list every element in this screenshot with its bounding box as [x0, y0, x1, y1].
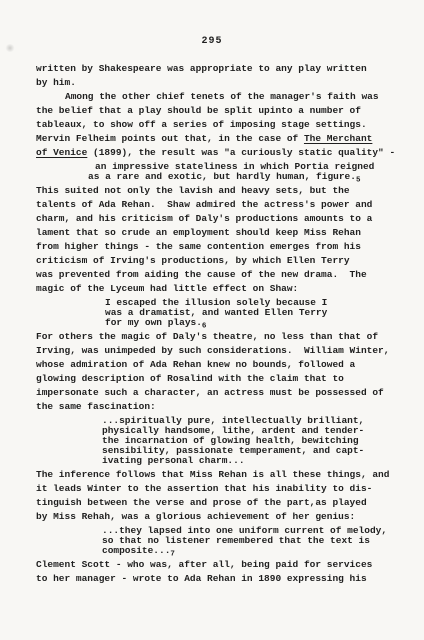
text-segment: Irving, was unimpeded by such considerat… [36, 345, 389, 356]
text-line: This suited not only the lavish and heav… [36, 184, 414, 198]
text-segment: impersonate such a character, an actress… [36, 387, 384, 398]
text-segment: Clement Scott - who was, after all, bein… [36, 559, 372, 570]
text-segment: for my own plays. [105, 317, 202, 328]
text-segment: to her manager - wrote to Ada Rehan in 1… [36, 573, 367, 584]
text-segment: from higher things - the same contention… [36, 241, 361, 252]
text-line: tinguish between the verse and prose of … [36, 496, 414, 510]
text-line: impersonate such a character, an actress… [36, 386, 414, 400]
text-segment: the same fascination: [36, 401, 156, 412]
scanned-page: 295 written by Shakespeare was appropria… [0, 0, 424, 640]
text-line: tableaux, to show off a series of imposi… [36, 118, 414, 132]
page-number: 295 [0, 36, 424, 47]
text-segment: charm, and his criticism of Daly's produ… [36, 213, 372, 224]
text-segment: tinguish between the verse and prose of … [36, 497, 367, 508]
text-segment: written by Shakespeare was appropriate t… [36, 63, 367, 74]
text-segment: was prevented from aiding the cause of t… [36, 269, 367, 280]
text-line: by him. [36, 76, 414, 90]
text-line: criticism of Irving's productions, by wh… [36, 254, 414, 268]
text-segment: Mervin Felheim points out that, in the c… [36, 133, 304, 144]
text-line: by Miss Rehah, was a glorious achievemen… [36, 510, 414, 524]
text-line: magic of the Lyceum had little effect on… [36, 282, 414, 296]
text-segment: lament that so crude an employment shoul… [36, 227, 361, 238]
underlined-title: The Merchant [304, 133, 372, 144]
text-segment: For others the magic of Daly's theatre, … [36, 331, 378, 342]
text-line: written by Shakespeare was appropriate t… [36, 62, 414, 76]
text-segment: whose admiration of Ada Rehan knew no bo… [36, 359, 355, 370]
text-segment: Among the other chief tenets of the mana… [65, 91, 379, 102]
text-segment: tableaux, to show off a series of imposi… [36, 119, 367, 130]
text-line: Among the other chief tenets of the mana… [36, 90, 414, 104]
quote-line: as a rare and exotic, but hardly human, … [36, 172, 414, 182]
text-line: The inference follows that Miss Rehan is… [36, 468, 414, 482]
text-line: the same fascination: [36, 400, 414, 414]
text-segment: by him. [36, 77, 76, 88]
text-line: For others the magic of Daly's theatre, … [36, 330, 414, 344]
text-segment: This suited not only the lavish and heav… [36, 185, 350, 196]
text-block: written by Shakespeare was appropriate t… [36, 62, 414, 586]
text-line: charm, and his criticism of Daly's produ… [36, 212, 414, 226]
text-line: from higher things - the same contention… [36, 240, 414, 254]
text-segment: composite... [102, 545, 170, 556]
text-line: Clement Scott - who was, after all, bein… [36, 558, 414, 572]
underlined-title: of Venice [36, 147, 87, 158]
text-segment: magic of the Lyceum had little effect on… [36, 283, 298, 294]
text-segment: talents of Ada Rehan. Shaw admired the a… [36, 199, 372, 210]
text-segment: the belief that a play should be split u… [36, 105, 361, 116]
text-segment: it leads Winter to the assertion that hi… [36, 483, 372, 494]
text-line: was prevented from aiding the cause of t… [36, 268, 414, 282]
text-segment: glowing description of Rosalind with the… [36, 373, 344, 384]
text-segment: criticism of Irving's productions, by wh… [36, 255, 350, 266]
text-line: glowing description of Rosalind with the… [36, 372, 414, 386]
text-line: lament that so crude an employment shoul… [36, 226, 414, 240]
text-line: Irving, was unimpeded by such considerat… [36, 344, 414, 358]
text-line: Mervin Felheim points out that, in the c… [36, 132, 414, 146]
text-segment: by Miss Rehah, was a glorious achievemen… [36, 511, 355, 522]
text-segment: The inference follows that Miss Rehan is… [36, 469, 389, 480]
quote-line: for my own plays.6 [36, 318, 414, 328]
text-line: talents of Ada Rehan. Shaw admired the a… [36, 198, 414, 212]
text-line: to her manager - wrote to Ada Rehan in 1… [36, 572, 414, 586]
text-line: of Venice (1899), the result was "a curi… [36, 146, 414, 160]
quote-line: so that no listener remembered that the … [36, 536, 414, 546]
quote-line: ivating personal charm... [36, 456, 414, 466]
text-segment: as a rare and exotic, but hardly human, … [88, 171, 356, 182]
quote-line: composite...7 [36, 546, 414, 556]
text-segment: (1899), the result was "a curiously stat… [87, 147, 395, 158]
text-line: whose admiration of Ada Rehan knew no bo… [36, 358, 414, 372]
text-line: the belief that a play should be split u… [36, 104, 414, 118]
text-line: it leads Winter to the assertion that hi… [36, 482, 414, 496]
text-segment: ivating personal charm... [102, 455, 245, 466]
quote-line: was a dramatist, and wanted Ellen Terry [36, 308, 414, 318]
footnote-number: 5 [356, 177, 361, 185]
